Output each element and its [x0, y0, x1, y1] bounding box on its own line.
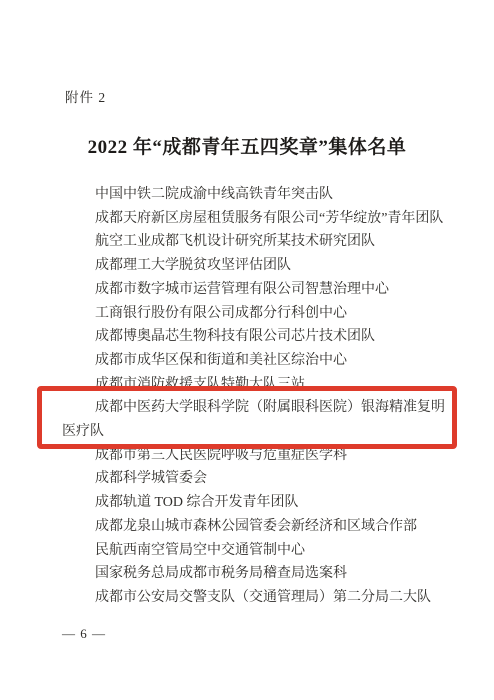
list-item: 中国中铁二院成渝中线高铁青年突击队 [62, 183, 454, 207]
awardee-list: 中国中铁二院成渝中线高铁青年突击队成都天府新区房屋租赁服务有限公司“芳华绽放”青… [62, 183, 454, 610]
list-item: 成都市成华区保和街道和美社区综治中心 [62, 349, 454, 373]
list-item: 成都市数字城市运营管理有限公司智慧治理中心 [62, 278, 454, 302]
list-item: 国家税务总局成都市税务局稽查局选案科 [62, 562, 454, 586]
list-item: 成都中医药大学眼科学院（附属眼科医院）银海精准复明医疗队 [62, 396, 454, 443]
list-item: 成都科学城管委会 [62, 467, 454, 491]
list-item: 航空工业成都飞机设计研究所某技术研究团队 [62, 230, 454, 254]
list-item: 成都理工大学脱贫攻坚评估团队 [62, 254, 454, 278]
page-number: — 6 — [62, 626, 106, 642]
list-item: 成都轨道 TOD 综合开发青年团队 [62, 491, 454, 515]
document-page: 附件 2 2022 年“成都青年五四奖章”集体名单 中国中铁二院成渝中线高铁青年… [0, 0, 494, 700]
list-item: 成都市公安局交警支队（交通管理局）第二分局二大队 [62, 586, 454, 610]
list-item: 成都博奥晶芯生物科技有限公司芯片技术团队 [62, 325, 454, 349]
list-item: 成都龙泉山城市森林公园管委会新经济和区域合作部 [62, 515, 454, 539]
list-item: 工商银行股份有限公司成都分行科创中心 [62, 302, 454, 326]
list-item: 成都市消防救援支队特勤大队三站 [62, 373, 454, 397]
list-item: 民航西南空管局空中交通管制中心 [62, 539, 454, 563]
list-item: 成都市第三人民医院呼吸与危重症医学科 [62, 444, 454, 468]
list-item: 成都天府新区房屋租赁服务有限公司“芳华绽放”青年团队 [62, 207, 454, 231]
attachment-label: 附件 2 [65, 86, 106, 106]
page-title: 2022 年“成都青年五四奖章”集体名单 [0, 132, 494, 159]
